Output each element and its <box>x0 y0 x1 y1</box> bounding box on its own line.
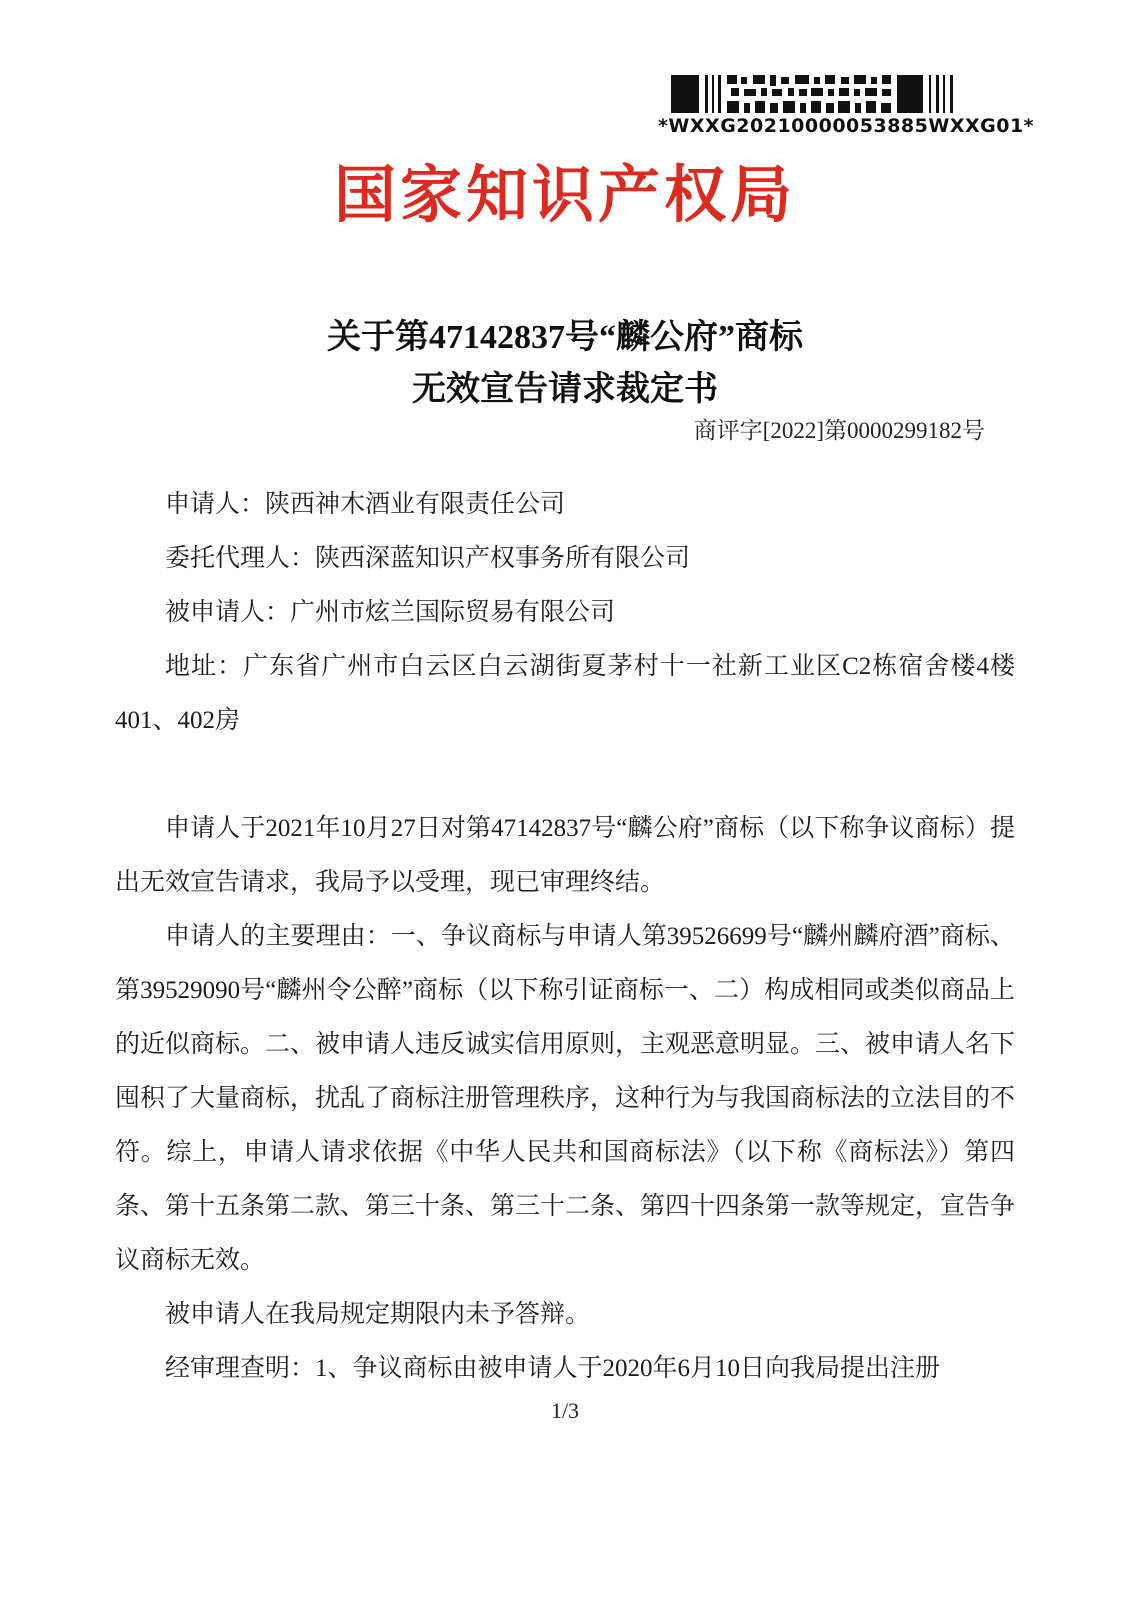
page: *WXXG20210000053885WXXG01* 国家知识产权局 关于第47… <box>0 0 1130 1600</box>
body-paragraph: 申请人于2021年10月27日对第47142837号“麟公府”商标（以下称争议商… <box>115 802 1015 910</box>
document-body: 申请人：陕西神木酒业有限责任公司 委托代理人：陕西深蓝知识产权事务所有限公司 被… <box>115 478 1015 1396</box>
agency-name: 国家知识产权局 <box>0 158 1130 236</box>
document-title: 关于第47142837号“麟公府”商标 无效宣告请求裁定书 <box>0 312 1130 416</box>
respondent-line: 被申请人：广州市炫兰国际贸易有限公司 <box>115 586 1015 640</box>
body-paragraph: 经审理查明：1、争议商标由被申请人于2020年6月10日向我局提出注册 <box>115 1342 1015 1396</box>
address-line: 地址：广东省广州市白云区白云湖街夏茅村十一社新工业区C2栋宿舍楼4楼401、40… <box>115 640 1015 748</box>
body-paragraph: 被申请人在我局规定期限内未予答辩。 <box>115 1288 1015 1342</box>
agent-line: 委托代理人：陕西深蓝知识产权事务所有限公司 <box>115 532 1015 586</box>
doc-number: 商评字[2022]第0000299182号 <box>0 412 1130 445</box>
document-title-line1: 关于第47142837号“麟公府”商标 <box>0 312 1130 364</box>
document-title-line2: 无效宣告请求裁定书 <box>0 364 1130 416</box>
barcode: *WXXG20210000053885WXXG01* <box>658 75 974 137</box>
page-number: 1/3 <box>0 1398 1130 1424</box>
body-paragraph: 申请人的主要理由：一、争议商标与申请人第39526699号“麟州麟府酒”商标、第… <box>115 910 1015 1288</box>
barcode-text: *WXXG20210000053885WXXG01* <box>658 115 974 137</box>
applicant-line: 申请人：陕西神木酒业有限责任公司 <box>115 478 1015 532</box>
barcode-image <box>658 75 974 113</box>
